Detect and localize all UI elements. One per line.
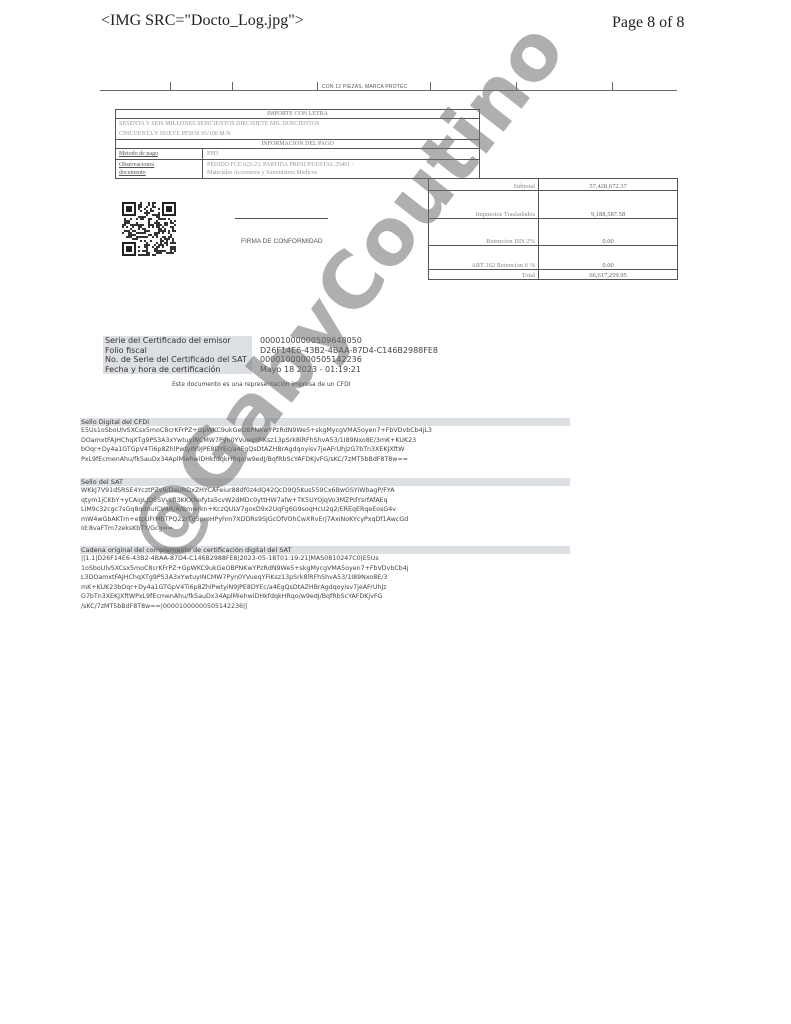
signature-line [235, 218, 328, 219]
page-header-left: <IMG SRC="Docto_Log.jpg"> [101, 12, 304, 30]
cert-label: Folio fiscal [103, 346, 252, 356]
totals-label: Total [429, 270, 539, 279]
totals-row: Retencion ISN 2%0.00 [429, 219, 677, 246]
totals-row: ART 262 Retencion 6 %0.00 [429, 246, 677, 270]
totals-value: 57,428,672.37 [539, 179, 677, 190]
column-divider [317, 82, 318, 91]
column-divider [612, 82, 613, 91]
cert-label: No. de Serie del Certificado del SAT [103, 355, 252, 365]
totals-value: 9,188,587.58 [539, 191, 677, 218]
cert-label: Serie del Certificado del emisor [103, 336, 252, 346]
table-bottom-rule [100, 90, 677, 91]
cadena-original-section: Cadena original del complemento de certi… [80, 546, 570, 612]
observaciones-value: PEDIDO FCE 022-23, PARTIDA PRESUPUESTAL … [203, 160, 358, 178]
column-divider [430, 82, 431, 91]
column-divider [170, 82, 171, 91]
totals-value: 66,617,259.95 [539, 270, 677, 279]
observaciones-label-line1: Observaciones [119, 161, 199, 169]
observaciones-label-line2: documento [119, 169, 199, 177]
column-divider [232, 82, 233, 91]
observaciones-label: Observaciones documento [116, 160, 203, 178]
signature-label: FIRMA DE CONFORMIDAD [241, 238, 323, 245]
totals-value: 0.00 [539, 246, 677, 269]
item-description-fragment: CON 12 PIEZAS, MARCA PROTEC [322, 84, 407, 90]
page-number: Page 8 of 8 [612, 14, 684, 32]
totals-label: ART 262 Retencion 6 % [429, 246, 539, 269]
metodo-pago-value: PPD [203, 149, 222, 159]
observaciones-value-line1: PEDIDO FCE 022-23, PARTIDA PRESUPUESTAL … [207, 161, 354, 169]
sello-cfdi-title: Sello Digital del CFDi [80, 418, 570, 426]
totals-row: Total66,617,259.95 [429, 270, 677, 279]
cadena-original-text: ||1.1|D26F14E6-43B2-4BAA-87D4-C146B2988F… [80, 554, 481, 612]
metodo-pago-label: Metodo de pago [116, 149, 203, 159]
sello-cfdi-section: Sello Digital del CFDi E5Us1oSboUlvSXCsx… [80, 418, 570, 464]
totals-value: 0.00 [539, 219, 677, 245]
observaciones-value-line2: Materiales Accesorios y Suministros Medi… [207, 169, 354, 177]
qr-code-icon [122, 202, 176, 256]
